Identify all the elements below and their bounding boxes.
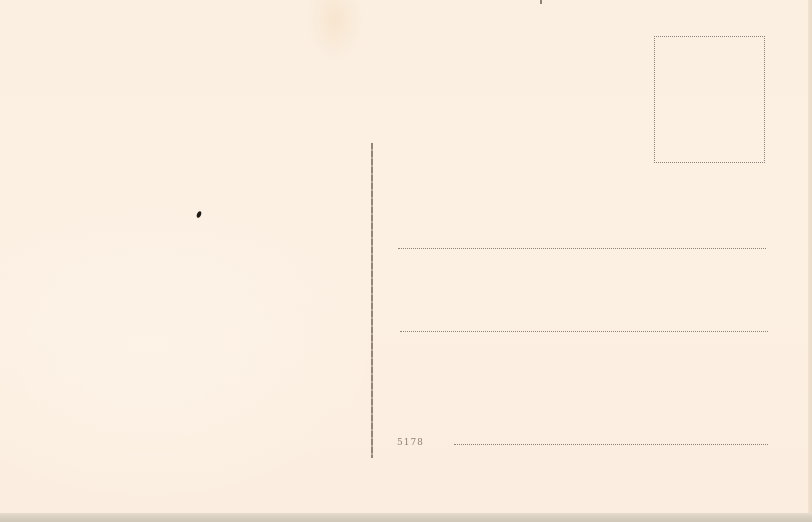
stamp-placement-box xyxy=(654,36,765,163)
address-line-3 xyxy=(454,444,768,445)
center-divider-line xyxy=(371,143,373,458)
address-line-1 xyxy=(398,248,766,249)
ink-speck xyxy=(196,210,203,218)
postcard-back: 5178 xyxy=(0,0,812,522)
serial-number: 5178 xyxy=(397,438,424,448)
card-bottom-edge xyxy=(0,513,812,522)
address-line-2 xyxy=(400,331,768,332)
card-right-edge xyxy=(808,0,812,522)
top-edge-mark xyxy=(540,0,542,4)
